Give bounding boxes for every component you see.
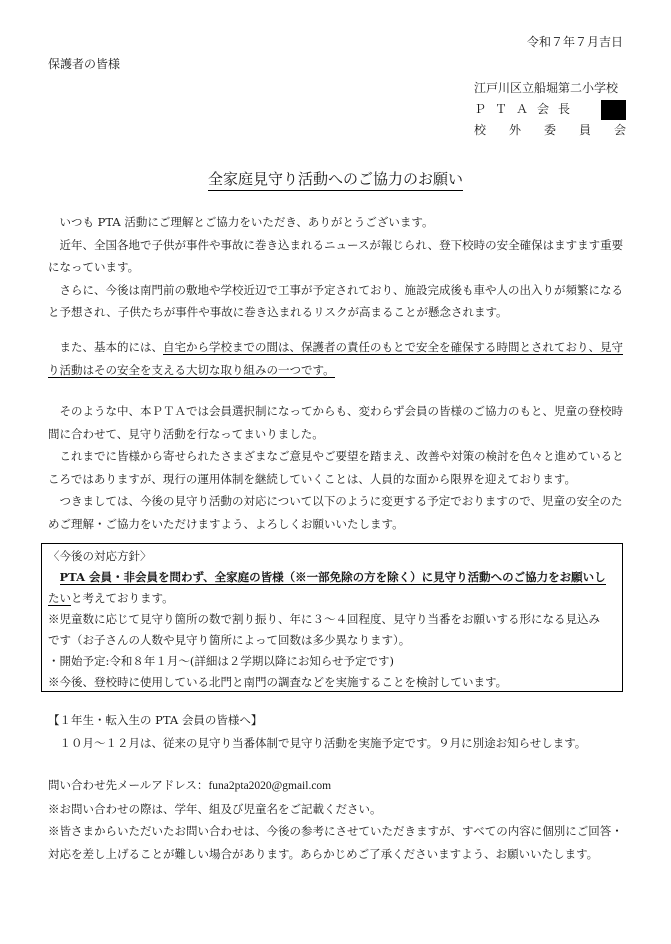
policy-main-line-2: たいと考えております。 (48, 588, 616, 609)
intro-paragraph-1: いつも PTA 活動にご理解とご協力をいただき、ありがとうございます。 (48, 211, 624, 234)
committee-char: 外 (509, 120, 521, 141)
first-grade-section: 【１年生・転入生の PTA 会員の皆様へ】 １０月～１２月は、従来の見守り当番体… (48, 709, 624, 754)
policy-main-line-1: PTA 会員・非会員を問わず、全家庭の皆様（※一部免除の方を除く）に見守り活動へ… (48, 567, 616, 588)
policy-note-2: ※今後、登校時に使用している北門と南門の調査などを実施することを検討しています。 (48, 672, 616, 693)
first-grade-text: １０月～１２月は、従来の見守り当番体制で見守り活動を実施予定です。９月に別途お知… (48, 732, 624, 755)
body-paragraph-3: つきましては、今後の見守り活動の対応について以下のように変更する予定でおりますの… (48, 490, 624, 535)
emphasis-lead: また、基本的には、 (60, 340, 164, 354)
sender-committee: 校 外 委 員 会 (474, 120, 626, 141)
body-section: そのような中、本ＰＴＡでは会員選択制になってからも、変わらず会員の皆様のご協力の… (48, 400, 624, 535)
document-date: 令和７年７月吉日 (527, 33, 623, 50)
addressee: 保護者の皆様 (48, 55, 120, 72)
page-title: 全家庭見守り活動へのご協力のお願い (0, 168, 671, 189)
redacted-name (601, 100, 626, 120)
committee-char: 会 (614, 120, 626, 141)
sender-role: ＰＴＡ会長 (474, 99, 579, 120)
contact-note-2: ※皆さまからいただいたお問い合わせは、今後の参考にさせていただきますが、すべての… (48, 820, 624, 865)
contact-line: 問い合わせ先メールアドレス：funa2pta2020@gmail.com (48, 774, 624, 798)
body-paragraph-2: これまでに皆様から寄せられたさまざまなご意見やご要望を踏まえ、改善や対策の検討を… (48, 445, 624, 490)
committee-char: 校 (474, 120, 486, 141)
contact-label: 問い合わせ先メールアドレス： (48, 778, 208, 792)
emphasis-paragraph: また、基本的には、自宅から学校までの間は、保護者の責任のもとで安全を確保する時間… (48, 336, 624, 381)
sender-school: 江戸川区立船堀第二小学校 (474, 78, 626, 99)
policy-note-1b: です（お子さんの人数や見守り箇所によって回数は多少異なります）。 (48, 630, 616, 651)
sender-role-row: ＰＴＡ会長 (474, 99, 626, 120)
policy-start: ・開始予定:令和８年１月～(詳細は２学期以降にお知らせ予定です) (48, 651, 616, 672)
intro-section: いつも PTA 活動にご理解とご協力をいただき、ありがとうございます。 近年、全… (48, 211, 624, 324)
intro-paragraph-3: さらに、今後は南門前の敷地や学校近辺で工事が予定されており、施設完成後も車や人の… (48, 279, 624, 324)
intro-paragraph-2: 近年、全国各地で子供が事件や事故に巻き込まれるニュースが報じられ、登下校時の安全… (48, 234, 624, 279)
sender-block: 江戸川区立船堀第二小学校 ＰＴＡ会長 校 外 委 員 会 (474, 78, 626, 141)
policy-box: 〈今後の対応方針〉 PTA 会員・非会員を問わず、全家庭の皆様（※一部免除の方を… (41, 543, 623, 692)
policy-note-1a: ※児童数に応じて見守り箇所の数で割り振り、年に３～４回程度、見守り当番をお願いす… (48, 609, 616, 630)
body-paragraph-1: そのような中、本ＰＴＡでは会員選択制になってからも、変わらず会員の皆様のご協力の… (48, 400, 624, 445)
committee-char: 員 (579, 120, 591, 141)
contact-note-1: ※お問い合わせの際は、学年、組及び児童名をご記載ください。 (48, 798, 624, 821)
contact-email-link[interactable]: funa2pta2020@gmail.com (208, 780, 331, 792)
committee-char: 委 (544, 120, 556, 141)
contact-section: 問い合わせ先メールアドレス：funa2pta2020@gmail.com ※お問… (48, 774, 624, 865)
title-text: 全家庭見守り活動へのご協力のお願い (208, 170, 463, 191)
policy-heading: 〈今後の対応方針〉 (48, 546, 616, 567)
first-grade-heading: 【１年生・転入生の PTA 会員の皆様へ】 (48, 709, 624, 732)
